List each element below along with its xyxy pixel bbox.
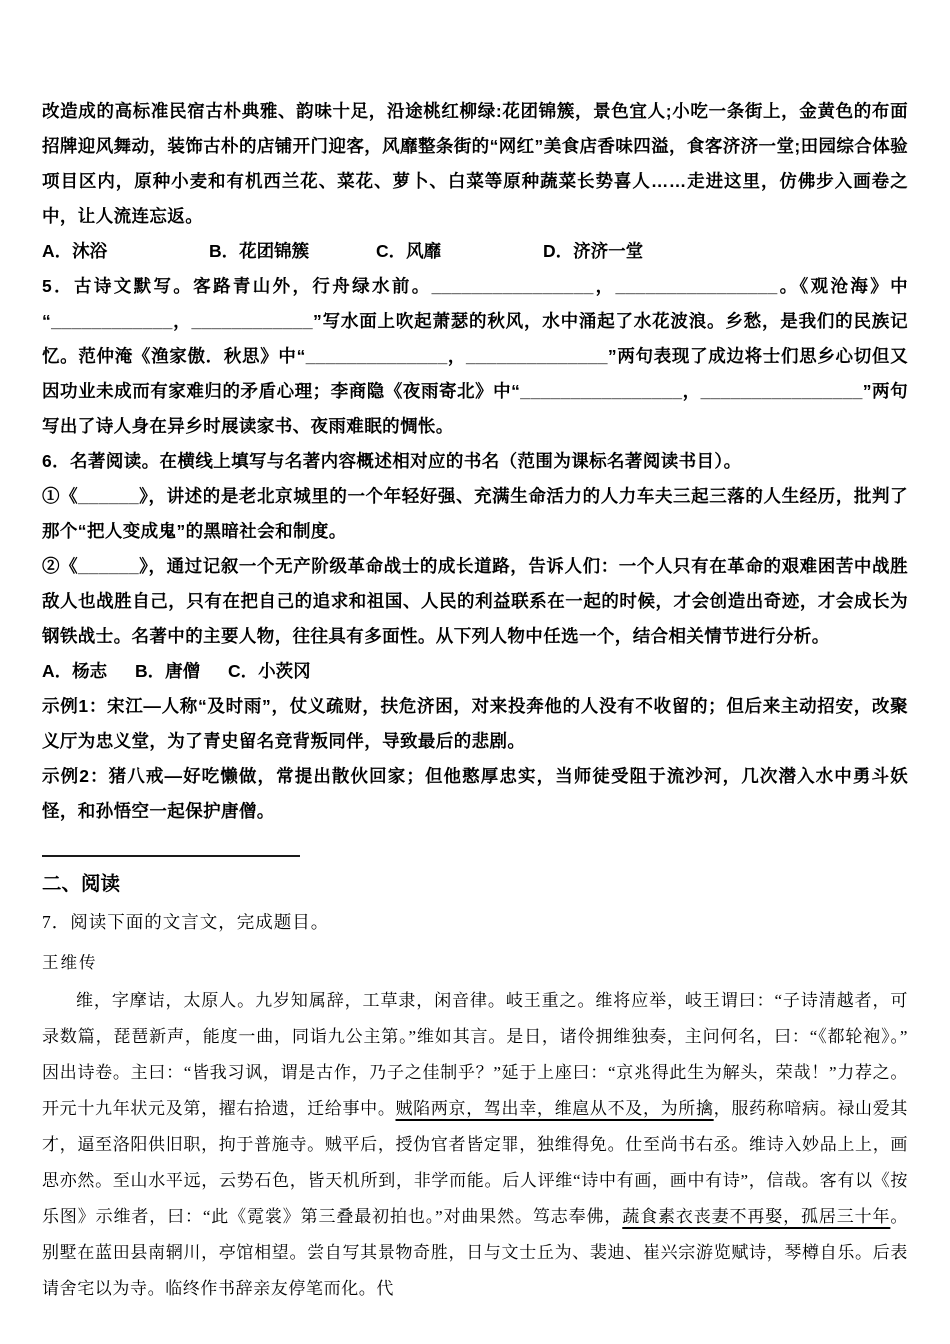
exam-page: 改造成的高标准民宿古朴典雅、韵味十足，沿途桃红柳绿:花团锦簇，景色宜人;小吃一条… — [0, 0, 950, 1344]
q4-option-a: A．沐浴 — [42, 234, 209, 269]
q6-example-1: 示例1：宋江—人称“及时雨”，仗义疏财，扶危济困，对来投奔他的人没有不收留的；但… — [42, 689, 908, 759]
passage-title: 王维传 — [42, 951, 908, 975]
underlined-phrase: 蔬食素衣丧妻不再娶，孤居三十年 — [622, 1207, 890, 1226]
q4-option-c: C．风靡 — [376, 234, 543, 269]
q4-option-b: B．花团锦簇 — [209, 234, 376, 269]
passage-wang-wei-biography: 维，字摩诘，太原人。九岁知属辞，工草隶，闲音律。岐王重之。维将应举，岐王谓曰：“… — [42, 983, 908, 1307]
section-2-heading: 二、阅读 — [42, 871, 908, 898]
q4-options-row: A．沐浴B．花团锦簇C．风靡D．济济一堂 — [42, 234, 908, 269]
q7-intro: 7．阅读下面的文言文，完成题目。 — [42, 907, 908, 937]
q6-item-2: ②《______》，通过记叙一个无产阶级革命战士的成长道路，告诉人们：一个人只有… — [42, 549, 908, 654]
q6-intro: 6．名著阅读。在横线上填写与名著内容概述相对应的书名（范围为课标名著阅读书目）。 — [42, 444, 908, 479]
q6-option-c: C．小茨冈 — [228, 654, 311, 689]
q4-option-d: D．济济一堂 — [543, 234, 643, 269]
q6-option-a: A．杨志 — [42, 654, 135, 689]
q6-option-b: B．唐僧 — [135, 654, 228, 689]
q6-item-1: ①《______》，讲述的是老北京城里的一个年轻好强、充满生命活力的人力车夫三起… — [42, 479, 908, 549]
q6-options-row: A．杨志B．唐僧C．小茨冈 — [42, 654, 908, 689]
q6-example-2: 示例2：猪八戒—好吃懒做，常提出散伙回家；但他憨厚忠实，当师徒受阻于流沙河，几次… — [42, 759, 908, 829]
underlined-phrase: 贼陷两京，驾出幸，维扈从不及，为所擒 — [396, 1099, 714, 1118]
q5-dictation-text: 5．古诗文默写。客路青山外，行舟绿水前。________________，___… — [42, 269, 908, 444]
intro-paragraph: 改造成的高标准民宿古朴典雅、韵味十足，沿途桃红柳绿:花团锦簇，景色宜人;小吃一条… — [42, 94, 908, 234]
section-divider-rule — [42, 855, 300, 857]
